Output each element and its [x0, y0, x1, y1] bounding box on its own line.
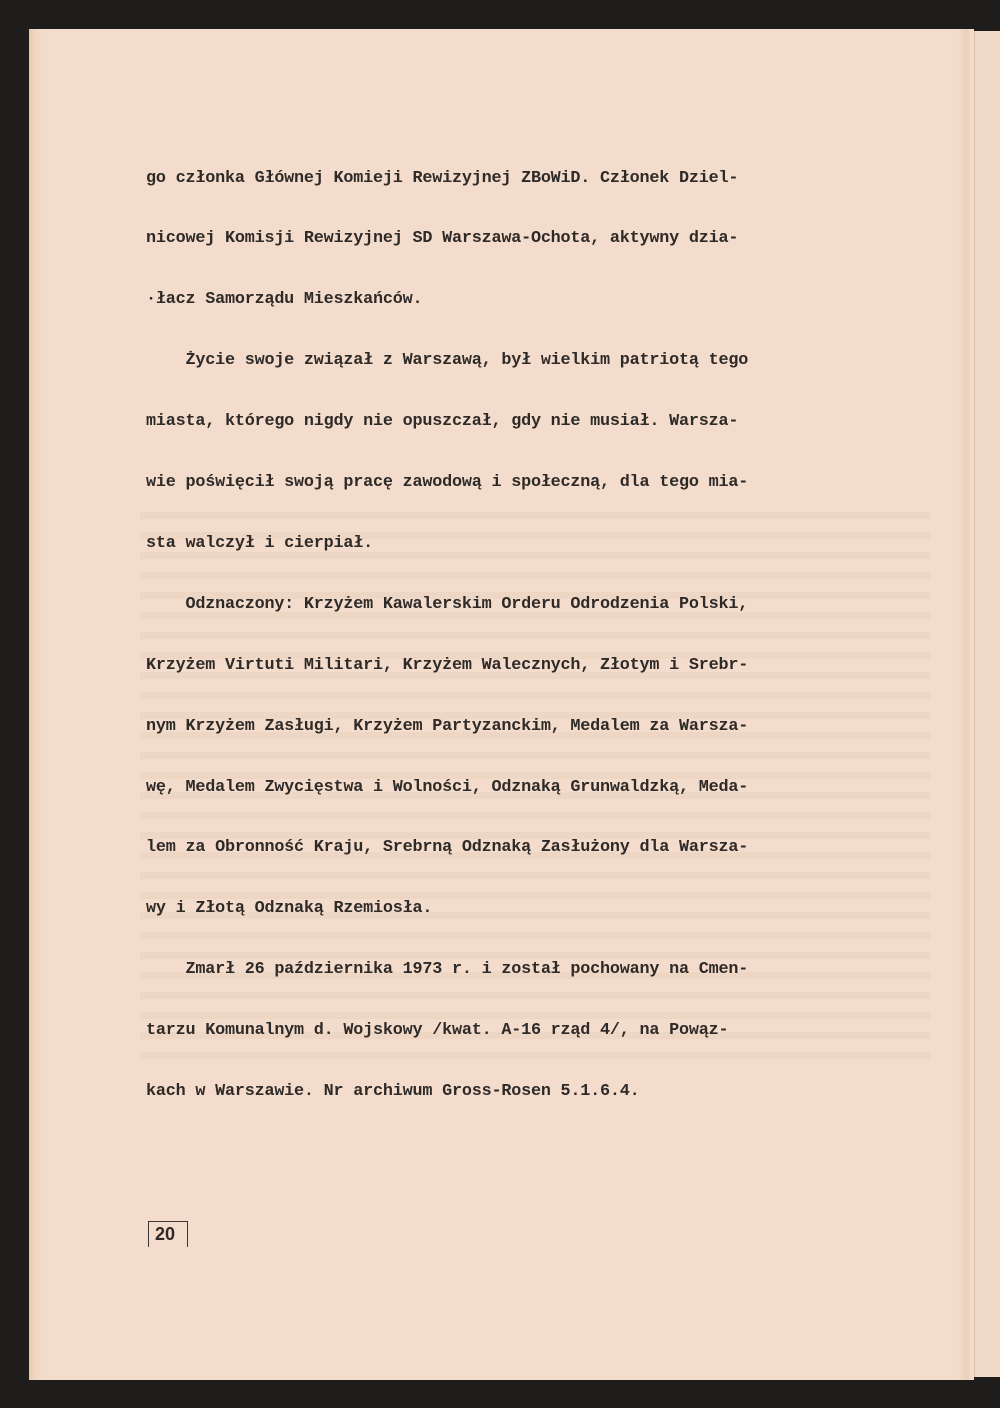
text-line: Odznaczony: Krzyżem Kawalerskim Orderu O…: [146, 595, 916, 615]
text-line: nicowej Komisji Rewizyjnej SD Warszawa-O…: [146, 229, 916, 249]
text-line: kach w Warszawie. Nr archiwum Gross-Rose…: [146, 1082, 916, 1102]
page-edge: [29, 29, 43, 1380]
page-fold: [958, 29, 972, 1380]
text-line: go członka Głównej Komieji Rewizyjnej ZB…: [146, 169, 916, 189]
text-line: Życie swoje związał z Warszawą, był wiel…: [146, 351, 916, 371]
text-line: ·łacz Samorządu Mieszkańców.: [146, 290, 916, 310]
body-text: go członka Głównej Komieji Rewizyjnej ZB…: [146, 128, 916, 1123]
text-line: wę, Medalem Zwycięstwa i Wolności, Odzna…: [146, 778, 916, 798]
text-line: Zmarł 26 października 1973 r. i został p…: [146, 960, 916, 980]
text-line: miasta, którego nigdy nie opuszczał, gdy…: [146, 412, 916, 432]
text-line: wie poświęcił swoją pracę zawodową i spo…: [146, 473, 916, 493]
text-line: sta walczył i cierpiał.: [146, 534, 916, 554]
text-line: wy i Złotą Odznaką Rzemiosła.: [146, 899, 916, 919]
text-line: nym Krzyżem Zasługi, Krzyżem Partyzancki…: [146, 717, 916, 737]
text-line: Krzyżem Virtuti Militari, Krzyżem Walecz…: [146, 656, 916, 676]
text-line: lem za Obronność Kraju, Srebrną Odznaką …: [146, 838, 916, 858]
adjacent-page-edge: [974, 31, 1000, 1377]
page-number: 20: [155, 1224, 175, 1245]
text-line: tarzu Komunalnym d. Wojskowy /kwat. A-16…: [146, 1021, 916, 1041]
